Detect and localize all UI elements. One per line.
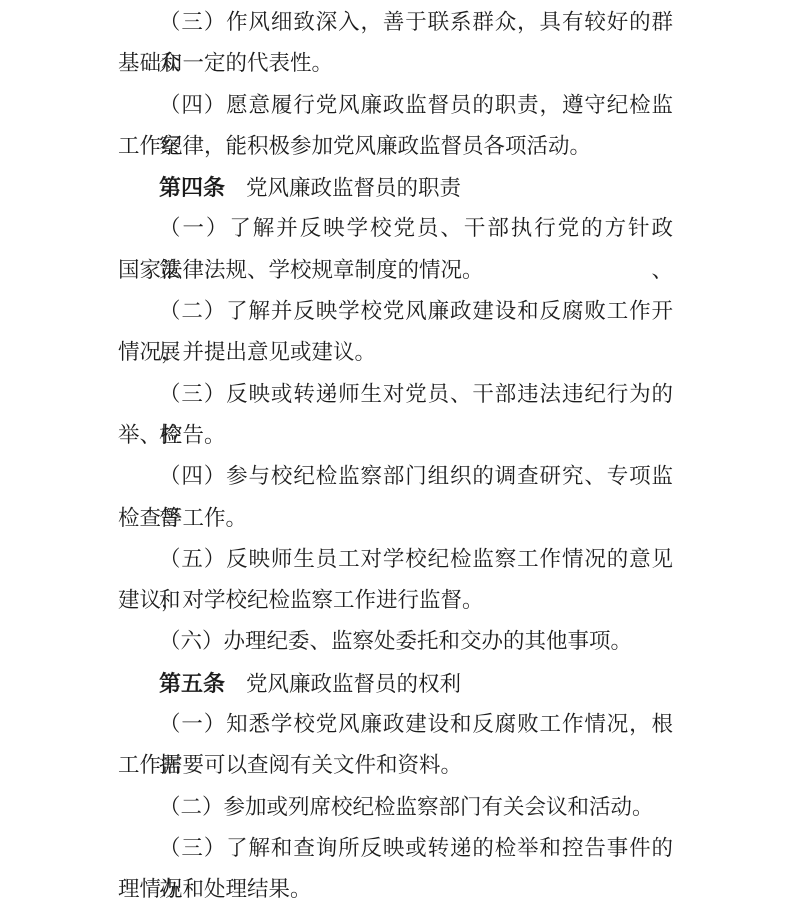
- doc-line: 建议，对学校纪检监察工作进行监督。: [118, 580, 673, 621]
- doc-line: （五）反映师生员工对学校纪检监察工作情况的意见和: [118, 539, 673, 580]
- article-number: 第四条: [159, 175, 225, 200]
- doc-line: 举、控告。: [118, 415, 673, 456]
- doc-line: （二）参加或列席校纪检监察部门有关会议和活动。: [118, 787, 673, 828]
- document-body: （三）作风细致深入，善于联系群众，具有较好的群众 基础和一定的代表性。 （四）愿…: [118, 2, 673, 911]
- doc-line: （三）了解和查询所反映或转递的检举和控告事件的办: [118, 828, 673, 869]
- doc-line: （一）了解并反映学校党员、干部执行党的方针政策、: [118, 208, 673, 249]
- doc-line: 理情况和处理结果。: [118, 869, 673, 910]
- doc-line: （四）参与校纪检监察部门组织的调查研究、专项监督: [118, 456, 673, 497]
- doc-line: （二）了解并反映学校党风廉政建设和反腐败工作开展: [118, 291, 673, 332]
- doc-line: 工作纪律，能积极参加党风廉政监督员各项活动。: [118, 126, 673, 167]
- doc-line: 情况，并提出意见或建议。: [118, 332, 673, 373]
- doc-line: （四）愿意履行党风廉政监督员的职责，遵守纪检监察: [118, 85, 673, 126]
- doc-line: 基础和一定的代表性。: [118, 43, 673, 84]
- article-title: 党风廉政监督员的权利: [246, 672, 461, 696]
- article-title: 党风廉政监督员的职责: [246, 176, 461, 200]
- doc-line: 检查等工作。: [118, 498, 673, 539]
- doc-line: （一）知悉学校党风廉政建设和反腐败工作情况，根据: [118, 704, 673, 745]
- article-heading-4: 第四条党风廉政监督员的职责: [118, 167, 673, 208]
- doc-line: （三）反映或转递师生对党员、干部违法违纪行为的检: [118, 374, 673, 415]
- doc-line: （六）办理纪委、监察处委托和交办的其他事项。: [118, 621, 673, 662]
- document-page: { "document": { "background": "#ffffff",…: [0, 0, 790, 917]
- article-number: 第五条: [159, 671, 225, 696]
- doc-line: （三）作风细致深入，善于联系群众，具有较好的群众: [118, 2, 673, 43]
- doc-line: 工作需要可以查阅有关文件和资料。: [118, 745, 673, 786]
- article-heading-5: 第五条党风廉政监督员的权利: [118, 663, 673, 704]
